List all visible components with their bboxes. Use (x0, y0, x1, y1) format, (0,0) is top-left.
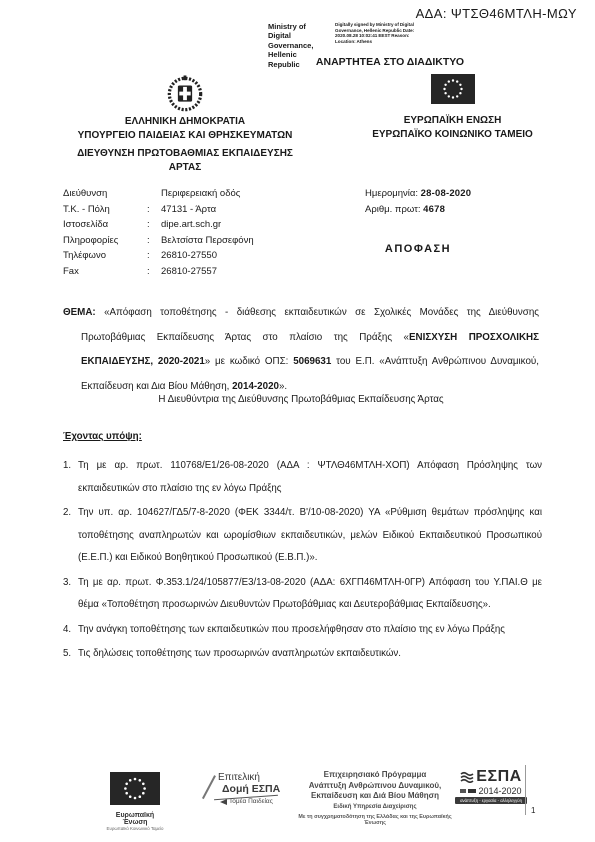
eu-flag-icon (345, 74, 560, 106)
colon: : (147, 217, 161, 233)
having-regard-heading: Έχοντας υπόψη: (63, 431, 142, 442)
footer-operational-programme: Επιχειρησιακό Πρόγραμμα Ανάπτυξη Ανθρώπι… (292, 770, 458, 826)
contact-label: Τ.Κ. - Πόλη (63, 202, 147, 218)
contact-label: Τηλέφωνο (63, 248, 147, 264)
item-text: Την ανάγκη τοποθέτησης των εκπαιδευτικών… (78, 624, 505, 635)
hellenic-republic-label: ΕΛΛΗΝΙΚΗ ΔΗΜΟΚΡΑΤΙΑ (40, 115, 330, 129)
item-text: Την υπ. αρ. 104627/ΓΔ5/7-8-2020 (ΦΕΚ 334… (78, 507, 542, 563)
date-value: 28-08-2020 (421, 188, 472, 199)
page-number: 1 (531, 806, 535, 815)
contact-value-website: dipe.art.sch.gr (161, 217, 254, 233)
op-line1: Επιχειρησιακό Πρόγραμμα (292, 770, 458, 781)
contact-row-information: Πληροφορίες : Βελτσίστα Περσεφόνη (63, 233, 254, 249)
contact-label: Πληροφορίες (63, 233, 147, 249)
contact-label: Διεύθυνση (63, 186, 147, 202)
contact-value: 26810-27550 (161, 248, 254, 264)
directorate-block: ΔΙΕΥΘΥΝΣΗ ΠΡΩΤΟΒΑΘΜΙΑΣ ΕΚΠΑΙΔΕΥΣΗΣ ΑΡΤΑΣ (40, 147, 330, 175)
colon: : (147, 233, 161, 249)
footer-structural-unit-logo: Επιτελική Δομή ΕΣΠΑ Τομέα Παιδείας (206, 772, 286, 805)
date-label: Ημερομηνία: (365, 188, 421, 199)
espa-waves-icon (460, 771, 474, 783)
structural-line1: Επιτελική (218, 772, 286, 783)
footer-espa-logo: ΕΣΠΑ 2014-2020 ανάπτυξη - εργασία - αλλη… (455, 768, 527, 804)
list-item: 5.Τις δηλώσεις τοποθέτησης των προσωρινώ… (63, 643, 542, 666)
espa-years: 2014-2020 (478, 786, 521, 796)
item-number: 5. (63, 643, 71, 666)
eu-flag-footer-icon (110, 772, 160, 805)
espa-years-row: 2014-2020 (455, 786, 527, 796)
contact-row-address: Διεύθυνση Περιφερειακή οδός (63, 186, 254, 202)
subject-paragraph: ΘΕΜΑ: «Απόφαση τοποθέτησης - διάθεσης εκ… (63, 301, 539, 399)
ada-code: ΑΔΑ: ΨΤΣΘ46ΜΤΛΗ-ΜΩΥ (416, 6, 577, 21)
op-line2: Ανάπτυξη Ανθρώπινου Δυναμικού, (292, 781, 458, 792)
contact-value: 47131 - Άρτα (161, 202, 254, 218)
contact-value: Περιφερειακή οδός (161, 186, 254, 202)
espa-flag-square-icon (460, 789, 466, 793)
op-line3: Εκπαίδευση και Διά Βίου Μάθηση (292, 791, 458, 802)
subject-label: ΘΕΜΑ: (63, 307, 104, 318)
document-meta: Ημερομηνία: 28-08-2020 Αριθμ. πρωτ: 4678 (365, 186, 471, 217)
contact-row-fax: Fax : 26810-27557 (63, 264, 254, 280)
protocol-label: Αριθμ. πρωτ: (365, 204, 423, 215)
considerations-list: 1.Τη με αρ. πρωτ. 110768/Ε1/26-08-2020 (… (63, 455, 542, 668)
list-item: 4.Την ανάγκη τοποθέτησης των εκπαιδευτικ… (63, 619, 542, 642)
diagonal-line (202, 775, 216, 799)
espa-name: ΕΣΠΑ (476, 768, 521, 786)
european-social-fund-label: ΕΥΡΩΠΑΪΚΟ ΚΟΙΝΩΝΙΚΟ ΤΑΜΕΙΟ (345, 128, 560, 142)
contact-row-phone: Τηλέφωνο : 26810-27550 (63, 248, 254, 264)
list-item: 1.Τη με αρ. πρωτ. 110768/Ε1/26-08-2020 (… (63, 455, 542, 500)
espa-flag-square-icon (468, 789, 476, 793)
item-number: 2. (63, 502, 71, 525)
colon: : (147, 264, 161, 280)
structural-line2: Δομή ΕΣΠΑ (222, 783, 286, 795)
item-text: Τη με αρ. πρωτ. Φ.353.1/24/105877/Ε3/13-… (78, 577, 542, 611)
contact-label: Ιστοσελίδα (63, 217, 147, 233)
eu-caption: Ευρωπαϊκή Ένωση (103, 812, 167, 826)
colon (147, 186, 161, 202)
document-page: ΑΔΑ: ΨΤΣΘ46ΜΤΛΗ-ΜΩΥ Ministry of Digital … (0, 0, 595, 842)
contact-details: Διεύθυνση Περιφερειακή οδός Τ.Κ. - Πόλη … (63, 186, 254, 279)
directorate-line1: ΔΙΕΥΘΥΝΣΗ ΠΡΩΤΟΒΑΘΜΙΑΣ ΕΚΠΑΙΔΕΥΣΗΣ (40, 147, 330, 161)
espa-tagline-bar: ανάπτυξη - εργασία - αλληλεγγύη (455, 797, 527, 804)
colon: : (147, 248, 161, 264)
eu-subcaption: Ευρωπαϊκό Κοινωνικό Ταμείο (103, 826, 167, 831)
greek-national-emblem-icon (40, 74, 330, 112)
item-text: Τις δηλώσεις τοποθέτησης των προσωρινών … (78, 648, 401, 659)
footer-divider-line (525, 765, 526, 815)
protocol-line: Αριθμ. πρωτ: 4678 (365, 202, 471, 218)
contact-row-website: Ιστοσελίδα : dipe.art.sch.gr (63, 217, 254, 233)
item-number: 3. (63, 572, 71, 595)
contact-value: 26810-27557 (161, 264, 254, 280)
directorate-line2: ΑΡΤΑΣ (40, 161, 330, 175)
header-right: ΕΥΡΩΠΑΪΚΗ ΕΝΩΣΗ ΕΥΡΩΠΑΪΚΟ ΚΟΙΝΩΝΙΚΟ ΤΑΜΕ… (345, 74, 560, 142)
list-item: 2.Την υπ. αρ. 104627/ΓΔ5/7-8-2020 (ΦΕΚ 3… (63, 502, 542, 570)
colon: : (147, 202, 161, 218)
european-union-label: ΕΥΡΩΠΑΪΚΗ ΕΝΩΣΗ (345, 114, 560, 128)
item-number: 4. (63, 619, 71, 642)
contact-label: Fax (63, 264, 147, 280)
footer-eu-logo: Ευρωπαϊκή Ένωση Ευρωπαϊκό Κοινωνικό Ταμε… (103, 772, 167, 831)
header-left: ΕΛΛΗΝΙΚΗ ΔΗΜΟΚΡΑΤΙΑ ΥΠΟΥΡΓΕΙΟ ΠΑΙΔΕΙΑΣ Κ… (40, 74, 330, 143)
ministry-label: ΥΠΟΥΡΓΕΙΟ ΠΑΙΔΕΙΑΣ ΚΑΙ ΘΡΗΣΚΕΥΜΑΤΩΝ (40, 129, 330, 143)
posted-on-diavgeia-notice: ΑΝΑΡΤΗΤΕΑ ΣΤΟ ΔΙΑΔΙΚΤΥΟ (300, 56, 480, 68)
op-agency: Ειδική Υπηρεσία Διαχείρισης (292, 804, 458, 810)
item-text: Τη με αρ. πρωτ. 110768/Ε1/26-08-2020 (ΑΔ… (78, 460, 542, 494)
protocol-value: 4678 (423, 204, 445, 215)
issuer-line: Η Διευθύντρια της Διεύθυνσης Πρωτοβάθμια… (63, 394, 539, 405)
signature-details: Digitally signed by Ministry of Digital … (335, 22, 417, 44)
contact-row-postcode: Τ.Κ. - Πόλη : 47131 - Άρτα (63, 202, 254, 218)
op-cofinance: Με τη συγχρηματοδότηση της Ελλάδας και τ… (292, 814, 458, 826)
subject-text: «Απόφαση τοποθέτησης - διάθεσης εκπαιδευ… (81, 307, 539, 392)
list-item: 3.Τη με αρ. πρωτ. Φ.353.1/24/105877/Ε3/1… (63, 572, 542, 617)
contact-value: Βελτσίστα Περσεφόνη (161, 233, 254, 249)
date-line: Ημερομηνία: 28-08-2020 (365, 186, 471, 202)
item-number: 1. (63, 455, 71, 478)
decision-heading: ΑΠΟΦΑΣΗ (358, 243, 478, 255)
